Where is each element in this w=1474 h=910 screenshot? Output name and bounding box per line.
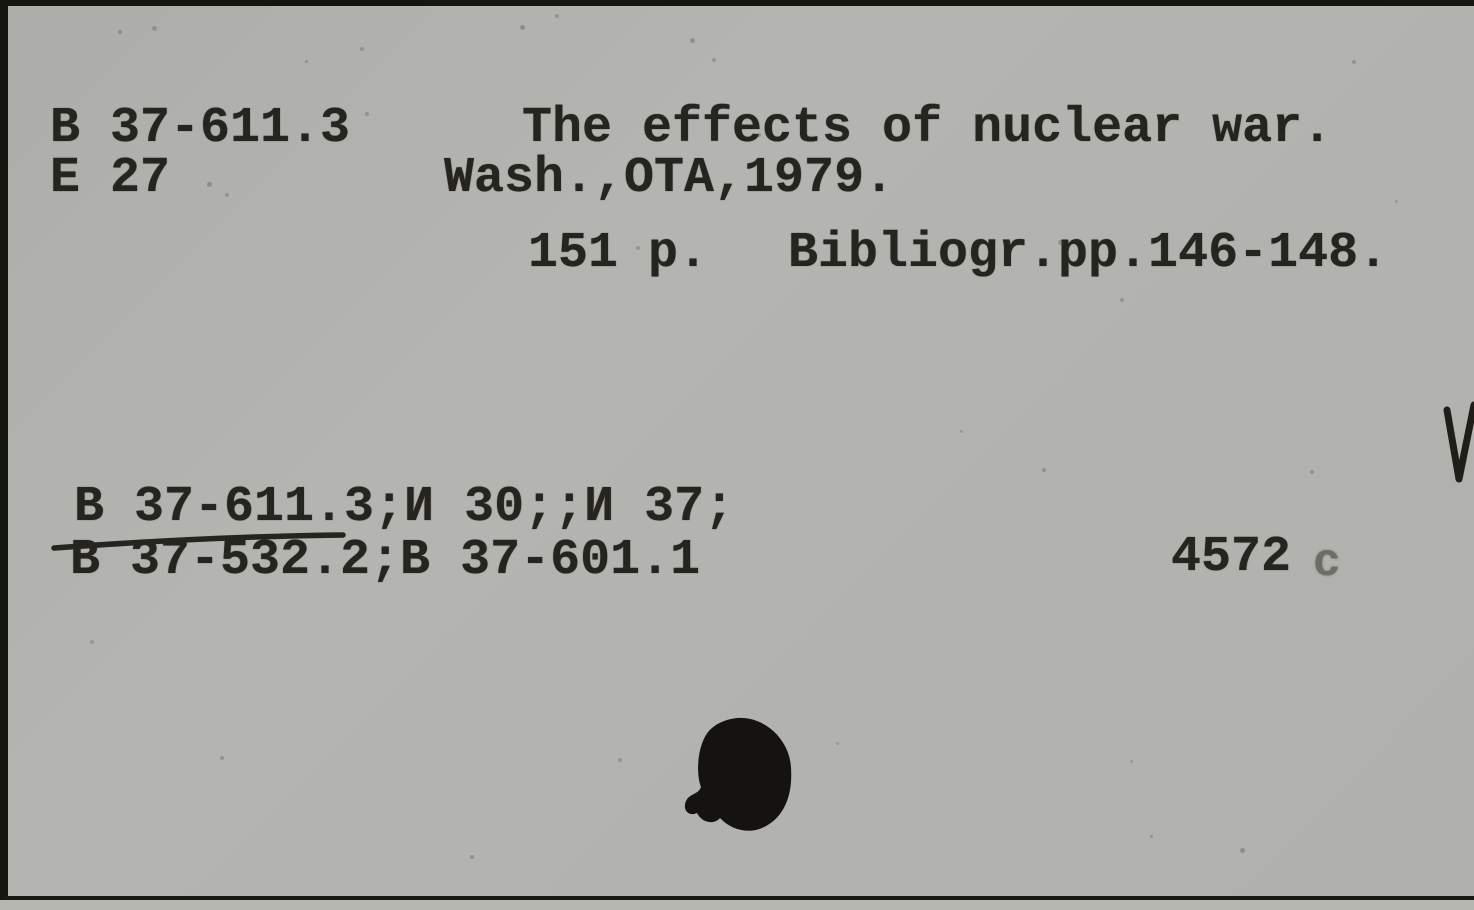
speck — [712, 58, 716, 62]
checkmark-icon — [1447, 405, 1474, 479]
speck — [555, 14, 559, 18]
speck — [1042, 468, 1046, 472]
speck — [470, 855, 474, 859]
speck — [690, 38, 695, 43]
speck — [207, 182, 212, 187]
speck — [618, 758, 622, 762]
speck — [365, 112, 369, 116]
below-rule-strip — [0, 900, 1474, 910]
speck — [636, 246, 640, 250]
catalog-card-scan: B 37-611.3 The effects of nuclear war. E… — [0, 0, 1474, 910]
speck — [1130, 760, 1133, 763]
card-left-edge — [0, 0, 5, 910]
speck — [1150, 835, 1153, 838]
speck — [960, 430, 963, 433]
speck — [836, 742, 839, 745]
speck — [152, 26, 157, 31]
speck — [520, 25, 525, 30]
speck — [1058, 240, 1063, 245]
speck — [1310, 470, 1314, 474]
speck — [225, 193, 229, 197]
speck — [305, 60, 308, 63]
speck — [757, 133, 761, 137]
speck — [90, 640, 94, 644]
speck — [220, 756, 224, 760]
speck — [1395, 200, 1398, 203]
speck — [360, 47, 364, 51]
ink-blot-icon — [685, 718, 791, 831]
speck — [1240, 848, 1245, 853]
speck — [1352, 60, 1356, 64]
hand-marks-layer — [0, 0, 1474, 910]
pen-underline-icon — [54, 535, 343, 548]
card-top-edge — [0, 0, 1474, 6]
speck — [1120, 298, 1124, 302]
speck — [118, 30, 122, 34]
